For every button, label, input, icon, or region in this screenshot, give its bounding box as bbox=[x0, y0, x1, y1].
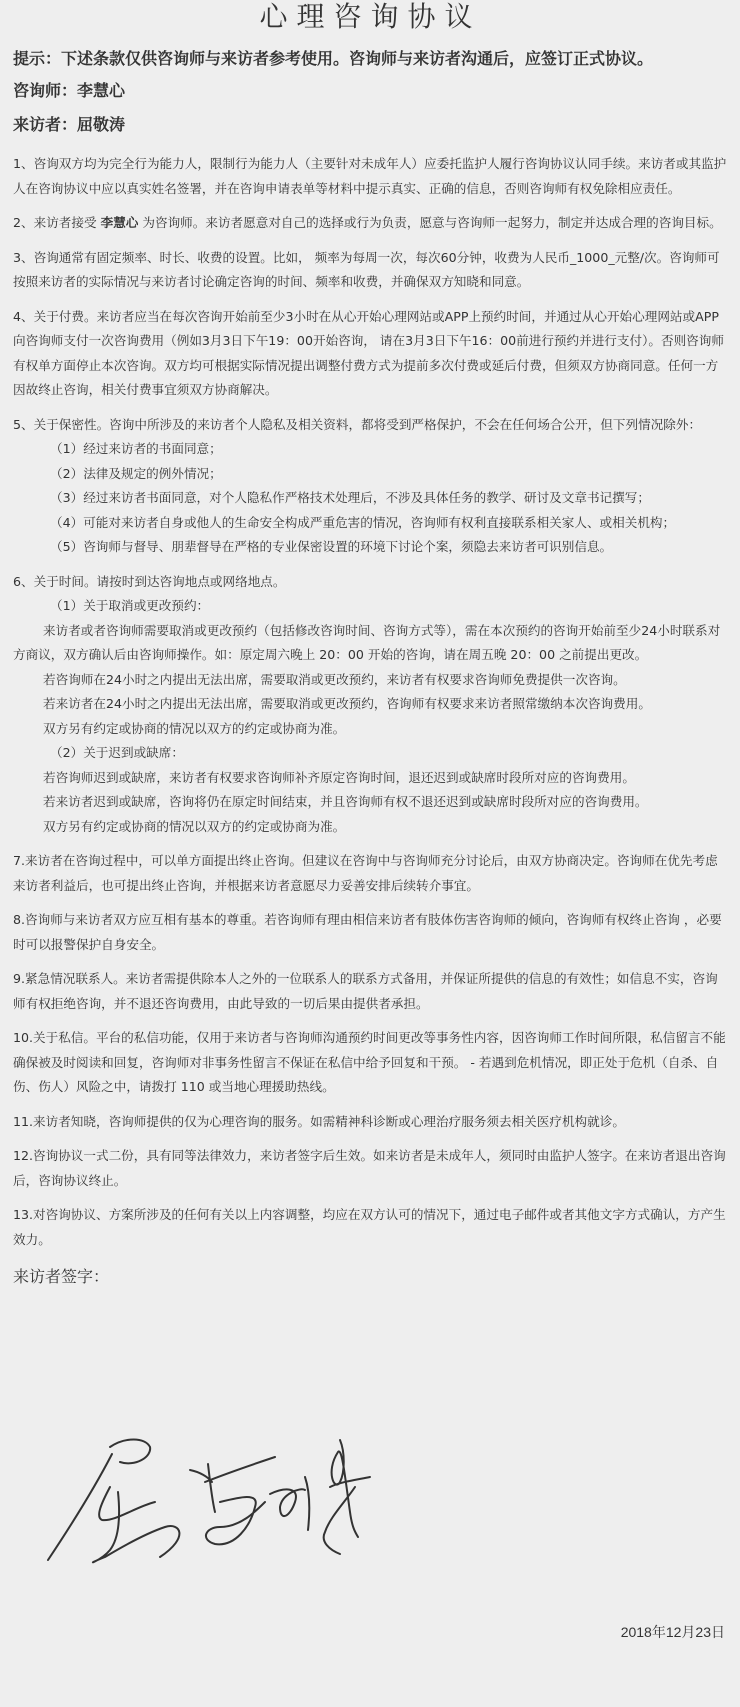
clause-8: 8.咨询师与来访者双方应互相有基本的尊重。若咨询师有理由相信来访者有肢体伤害咨询… bbox=[13, 908, 728, 957]
clause-11-text: 11.来访者知晓，咨询师提供的仅为心理咨询的服务。如需精神科诊断或心理治疗服务须… bbox=[13, 1110, 728, 1135]
clause-1: 1、咨询双方均为完全行为能力人，限制行为能力人（主要针对未成年人）应委托监护人履… bbox=[13, 152, 728, 201]
clause-6-sub2-title: （2）关于迟到或缺席： bbox=[13, 741, 728, 766]
notice-text: 提示：下述条款仅供咨询师与来访者参考使用。咨询师与来访者沟通后，应签订正式协议。 bbox=[13, 48, 728, 70]
clause-5: 5、关于保密性。咨询中所涉及的来访者个人隐私及相关资料，都将受到严格保护，不会在… bbox=[13, 413, 728, 560]
clause-1-text: 1、咨询双方均为完全行为能力人，限制行为能力人（主要针对未成年人）应委托监护人履… bbox=[13, 152, 728, 201]
clause-6: 6、关于时间。请按时到达咨询地点或网络地点。 （1）关于取消或更改预约： 来访者… bbox=[13, 570, 728, 840]
clause-3-text: 3、咨询通常有固定频率、时长、收费的设置。比如， 频率为每周一次，每次60分钟，… bbox=[13, 246, 728, 295]
clause-6-paragraph: 若来访者迟到或缺席，咨询将仍在原定时间结束，并且咨询师有权不退还迟到或缺席时段所… bbox=[13, 790, 728, 815]
clause-5-item: （1）经过来访者的书面同意； bbox=[13, 437, 728, 462]
clause-4: 4、关于付费。来访者应当在每次咨询开始前至少3小时在从心开始心理网站或APP上预… bbox=[13, 305, 728, 403]
clause-2-text: 2、来访者接受 李慧心 为咨询师。来访者愿意对自己的选择或行为负责，愿意与咨询师… bbox=[13, 211, 728, 236]
clause-13: 13.对咨询协议、方案所涉及的任何有关以上内容调整，均应在双方认可的情况下，通过… bbox=[13, 1203, 728, 1252]
clause-5-item: （5）咨询师与督导、朋辈督导在严格的专业保密设置的环境下讨论个案，须隐去来访者可… bbox=[13, 535, 728, 560]
clause-11: 11.来访者知晓，咨询师提供的仅为心理咨询的服务。如需精神科诊断或心理治疗服务须… bbox=[13, 1110, 728, 1135]
clause-3: 3、咨询通常有固定频率、时长、收费的设置。比如， 频率为每周一次，每次60分钟，… bbox=[13, 246, 728, 295]
page-title: 心理咨询协议 bbox=[13, 0, 728, 34]
clause-7-text: 7.来访者在咨询过程中，可以单方面提出终止咨询。但建议在咨询中与咨询师充分讨论后… bbox=[13, 849, 728, 898]
clause-9: 9.紧急情况联系人。来访者需提供除本人之外的一位联系人的联系方式备用，并保证所提… bbox=[13, 967, 728, 1016]
clause-8-text: 8.咨询师与来访者双方应互相有基本的尊重。若咨询师有理由相信来访者有肢体伤害咨询… bbox=[13, 908, 728, 957]
clause-6-paragraph: 若咨询师在24小时之内提出无法出席，需要取消或更改预约，来访者有权要求咨询师免费… bbox=[13, 668, 728, 693]
signature-date: 2018年12月23日 bbox=[621, 1622, 725, 1642]
clause-2-counselor-name: 李慧心 bbox=[101, 215, 139, 230]
visitor-name: 屈敬涛 bbox=[77, 115, 125, 134]
clause-4-text: 4、关于付费。来访者应当在每次咨询开始前至少3小时在从心开始心理网站或APP上预… bbox=[13, 305, 728, 403]
clauses: 1、咨询双方均为完全行为能力人，限制行为能力人（主要针对未成年人）应委托监护人履… bbox=[13, 152, 728, 1252]
counselor-label: 咨询师： bbox=[13, 81, 77, 100]
counselor-name: 李慧心 bbox=[77, 81, 125, 100]
clause-12-text: 12.咨询协议一式二份，具有同等法律效力，来访者签字后生效。如来访者是未成年人，… bbox=[13, 1144, 728, 1193]
visitor-line: 来访者：屈敬涛 bbox=[13, 114, 728, 136]
clause-2-prefix: 2、来访者接受 bbox=[13, 215, 101, 230]
clause-6-paragraph: 来访者或者咨询师需要取消或更改预约（包括修改咨询时间、咨询方式等），需在本次预约… bbox=[13, 619, 728, 668]
clause-2-suffix: 为咨询师。来访者愿意对自己的选择或行为负责，愿意与咨询师一起努力，制定并达成合理… bbox=[138, 215, 721, 230]
clause-6-paragraph: 若来访者在24小时之内提出无法出席，需要取消或更改预约，咨询师有权要求来访者照常… bbox=[13, 692, 728, 717]
clause-2: 2、来访者接受 李慧心 为咨询师。来访者愿意对自己的选择或行为负责，愿意与咨询师… bbox=[13, 211, 728, 236]
clause-12: 12.咨询协议一式二份，具有同等法律效力，来访者签字后生效。如来访者是未成年人，… bbox=[13, 1144, 728, 1193]
clause-7: 7.来访者在咨询过程中，可以单方面提出终止咨询。但建议在咨询中与咨询师充分讨论后… bbox=[13, 849, 728, 898]
clause-6-intro: 6、关于时间。请按时到达咨询地点或网络地点。 bbox=[13, 570, 728, 595]
clause-6-sub1-title: （1）关于取消或更改预约： bbox=[13, 594, 728, 619]
clause-10: 10.关于私信。平台的私信功能，仅用于来访者与咨询师沟通预约时间更改等事务性内容… bbox=[13, 1026, 728, 1100]
clause-6-paragraph: 双方另有约定或协商的情况以双方的约定或协商为准。 bbox=[13, 717, 728, 742]
clause-13-text: 13.对咨询协议、方案所涉及的任何有关以上内容调整，均应在双方认可的情况下，通过… bbox=[13, 1203, 728, 1252]
clause-9-text: 9.紧急情况联系人。来访者需提供除本人之外的一位联系人的联系方式备用，并保证所提… bbox=[13, 967, 728, 1016]
clause-6-paragraph: 双方另有约定或协商的情况以双方的约定或协商为准。 bbox=[13, 815, 728, 840]
clause-6-paragraph: 若咨询师迟到或缺席，来访者有权要求咨询师补齐原定咨询时间，退还迟到或缺席时段所对… bbox=[13, 766, 728, 791]
clause-5-item: （2）法律及规定的例外情况； bbox=[13, 462, 728, 487]
clause-5-item: （3）经过来访者书面同意，对个人隐私作严格技术处理后，不涉及具体任务的教学、研讨… bbox=[13, 486, 728, 511]
visitor-label: 来访者： bbox=[13, 115, 77, 134]
clause-10-text: 10.关于私信。平台的私信功能，仅用于来访者与咨询师沟通预约时间更改等事务性内容… bbox=[13, 1026, 728, 1100]
signature-label: 来访者签字： bbox=[13, 1266, 728, 1288]
counselor-line: 咨询师：李慧心 bbox=[13, 80, 728, 102]
handwritten-signature bbox=[40, 1432, 385, 1567]
clause-5-intro: 5、关于保密性。咨询中所涉及的来访者个人隐私及相关资料，都将受到严格保护，不会在… bbox=[13, 413, 728, 438]
clause-5-item: （4）可能对来访者自身或他人的生命安全构成严重危害的情况，咨询师有权利直接联系相… bbox=[13, 511, 728, 536]
agreement-document: 心理咨询协议 提示：下述条款仅供咨询师与来访者参考使用。咨询师与来访者沟通后，应… bbox=[0, 0, 740, 1288]
